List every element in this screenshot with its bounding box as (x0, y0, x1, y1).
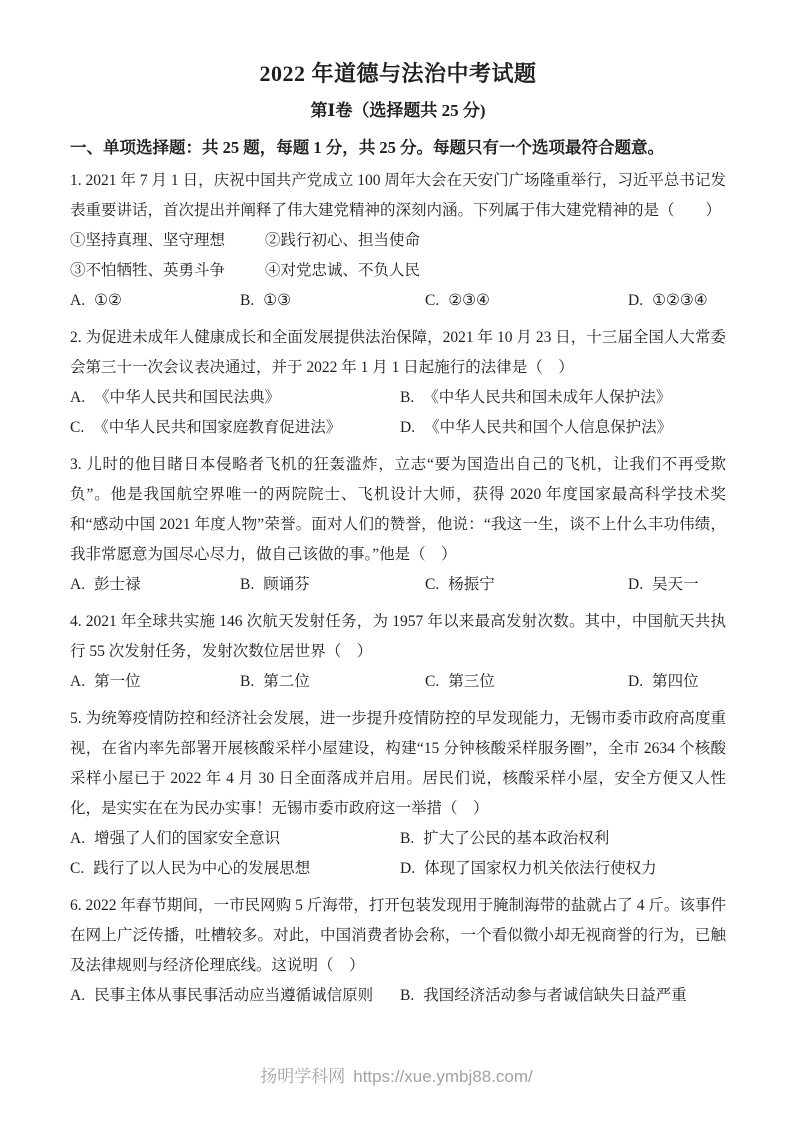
question-1-options: A.①② B.①③ C.②③④ D.①②③④ (70, 286, 726, 316)
question-5-options-row-2: C.践行了以人民为中心的发展思想 D.体现了国家权力机关依法行使权力 (70, 854, 726, 884)
question-5-stem: 5. 为统筹疫情防控和经济社会发展，进一步提升疫情防控的早发现能力，无锡市委市政… (70, 704, 726, 824)
question-4-stem: 4. 2021 年全球共实施 146 次航天发射任务，为 1957 年以来最高发… (70, 607, 726, 667)
question-2-options-row-2: C.《中华人民共和国家庭教育促进法》 D.《中华人民共和国个人信息保护法》 (70, 413, 726, 443)
question-1: 1. 2021 年 7 月 1 日，庆祝中国共产党成立 100 周年大会在天安门… (70, 166, 726, 316)
question-3-options: A.彭士禄 B.顾诵芬 C.杨振宁 D.吴天一 (70, 570, 726, 600)
watermark-url: https://xue.ymbj88.com/ (353, 1067, 533, 1086)
option-label: B. (240, 576, 254, 593)
option-label: A. (70, 576, 85, 593)
question-3-option-b: B.顾诵芬 (240, 570, 425, 600)
question-2-option-d: D.《中华人民共和国个人信息保护法》 (400, 413, 726, 443)
option-text: ①② (94, 292, 122, 309)
option-text: 民事主体从事民事活动应当遵循诚信原则 (94, 987, 373, 1004)
question-1-subitems-row-2: ③不怕牺牲、英勇斗争 ④对党忠诚、不负人民 (70, 256, 726, 286)
question-6: 6. 2022 年春节期间，一市民网购 5 斤海带，打开包装发现用于腌制海带的盐… (70, 891, 726, 1011)
option-label: C. (70, 419, 84, 436)
question-4-option-b: B.第二位 (240, 667, 425, 697)
question-5-option-a: A.增强了人们的国家安全意识 (70, 824, 400, 854)
option-text: ①②③④ (652, 292, 708, 309)
question-3: 3. 儿时的他目睹日本侵略者飞机的狂轰滥炸，立志“要为国造出自己的飞机，让我们不… (70, 450, 726, 600)
option-text: 杨振宁 (448, 576, 495, 593)
option-label: B. (240, 292, 254, 309)
question-2-option-c: C.《中华人民共和国家庭教育促进法》 (70, 413, 400, 443)
option-label: D. (628, 576, 643, 593)
option-text: 我国经济活动参与者诚信缺失日益严重 (423, 987, 687, 1004)
question-6-option-a: A.民事主体从事民事活动应当遵循诚信原则 (70, 981, 400, 1011)
option-text: 第三位 (448, 673, 495, 690)
question-5-option-b: B.扩大了公民的基本政治权利 (400, 824, 726, 854)
option-text: 《中华人民共和国未成年人保护法》 (423, 389, 671, 406)
question-6-options-row-1: A.民事主体从事民事活动应当遵循诚信原则 B.我国经济活动参与者诚信缺失日益严重 (70, 981, 726, 1011)
question-3-option-a: A.彭士禄 (70, 570, 240, 600)
option-label: D. (628, 292, 643, 309)
option-text: 增强了人们的国家安全意识 (94, 830, 280, 847)
question-2-stem: 2. 为促进未成年人健康成长和全面发展提供法治保障，2021 年 10 月 23… (70, 323, 726, 383)
option-label: A. (70, 292, 85, 309)
option-label: A. (70, 673, 85, 690)
option-label: A. (70, 830, 85, 847)
exam-content: 2022 年道德与法治中考试题 第Ⅰ卷（选择题共 25 分) 一、单项选择题：共… (70, 60, 726, 1011)
question-2-options-row-1: A.《中华人民共和国民法典》 B.《中华人民共和国未成年人保护法》 (70, 383, 726, 413)
question-1-option-c: C.②③④ (425, 286, 628, 316)
option-text: ②③④ (448, 292, 490, 309)
question-5-option-d: D.体现了国家权力机关依法行使权力 (400, 854, 726, 884)
option-text: 吴天一 (652, 576, 699, 593)
option-text: 《中华人民共和国家庭教育促进法》 (93, 419, 341, 436)
question-5: 5. 为统筹疫情防控和经济社会发展，进一步提升疫情防控的早发现能力，无锡市委市政… (70, 704, 726, 884)
option-label: B. (400, 830, 414, 847)
question-1-option-b: B.①③ (240, 286, 425, 316)
question-2-option-b: B.《中华人民共和国未成年人保护法》 (400, 383, 726, 413)
option-text: 第二位 (263, 673, 310, 690)
watermark-site-name: 扬明学科网 (260, 1067, 345, 1086)
question-2: 2. 为促进未成年人健康成长和全面发展提供法治保障，2021 年 10 月 23… (70, 323, 726, 443)
option-label: B. (400, 389, 414, 406)
page-title: 2022 年道德与法治中考试题 (70, 60, 726, 87)
question-1-subitem-3: ③不怕牺牲、英勇斗争 (70, 256, 265, 286)
option-text: 彭士禄 (94, 576, 141, 593)
option-text: 践行了以人民为中心的发展思想 (93, 860, 310, 877)
option-text: 顾诵芬 (263, 576, 310, 593)
question-4: 4. 2021 年全球共实施 146 次航天发射任务，为 1957 年以来最高发… (70, 607, 726, 697)
question-4-option-a: A.第一位 (70, 667, 240, 697)
question-3-option-d: D.吴天一 (628, 570, 726, 600)
option-text: 第四位 (652, 673, 699, 690)
question-4-option-c: C.第三位 (425, 667, 628, 697)
question-1-stem: 1. 2021 年 7 月 1 日，庆祝中国共产党成立 100 周年大会在天安门… (70, 166, 726, 226)
option-label: A. (70, 389, 85, 406)
question-6-option-b: B.我国经济活动参与者诚信缺失日益严重 (400, 981, 726, 1011)
question-5-options-row-1: A.增强了人们的国家安全意识 B.扩大了公民的基本政治权利 (70, 824, 726, 854)
option-text: 《中华人民共和国个人信息保护法》 (424, 419, 672, 436)
question-3-stem: 3. 儿时的他目睹日本侵略者飞机的狂轰滥炸，立志“要为国造出自己的飞机，让我们不… (70, 450, 726, 570)
option-label: B. (240, 673, 254, 690)
option-label: C. (425, 292, 439, 309)
question-4-options: A.第一位 B.第二位 C.第三位 D.第四位 (70, 667, 726, 697)
question-1-subitem-4: ④对党忠诚、不负人民 (265, 256, 726, 286)
question-1-subitem-2: ②践行初心、担当使命 (265, 226, 726, 256)
option-text: 扩大了公民的基本政治权利 (423, 830, 609, 847)
option-text: 第一位 (94, 673, 141, 690)
option-text: ①③ (263, 292, 291, 309)
question-1-option-a: A.①② (70, 286, 240, 316)
paper-part-subtitle: 第Ⅰ卷（选择题共 25 分) (70, 100, 726, 121)
question-6-stem: 6. 2022 年春节期间，一市民网购 5 斤海带，打开包装发现用于腌制海带的盐… (70, 891, 726, 981)
option-label: D. (628, 673, 643, 690)
section-heading: 一、单项选择题：共 25 题，每题 1 分，共 25 分。每题只有一个选项最符合… (70, 136, 726, 159)
option-label: C. (70, 860, 84, 877)
option-label: C. (425, 576, 439, 593)
question-5-option-c: C.践行了以人民为中心的发展思想 (70, 854, 400, 884)
option-label: B. (400, 987, 414, 1004)
option-label: C. (425, 673, 439, 690)
question-1-option-d: D.①②③④ (628, 286, 726, 316)
exam-paper-page: 2022 年道德与法治中考试题 第Ⅰ卷（选择题共 25 分) 一、单项选择题：共… (0, 0, 793, 1122)
option-label: A. (70, 987, 85, 1004)
question-2-option-a: A.《中华人民共和国民法典》 (70, 383, 400, 413)
question-4-option-d: D.第四位 (628, 667, 726, 697)
question-3-option-c: C.杨振宁 (425, 570, 628, 600)
watermark-footer: 扬明学科网https://xue.ymbj88.com/ (0, 1066, 793, 1088)
question-1-subitem-1: ①坚持真理、坚守理想 (70, 226, 265, 256)
option-label: D. (400, 860, 415, 877)
option-text: 《中华人民共和国民法典》 (94, 389, 280, 406)
option-text: 体现了国家权力机关依法行使权力 (424, 860, 657, 877)
option-label: D. (400, 419, 415, 436)
question-1-subitems-row-1: ①坚持真理、坚守理想 ②践行初心、担当使命 (70, 226, 726, 256)
